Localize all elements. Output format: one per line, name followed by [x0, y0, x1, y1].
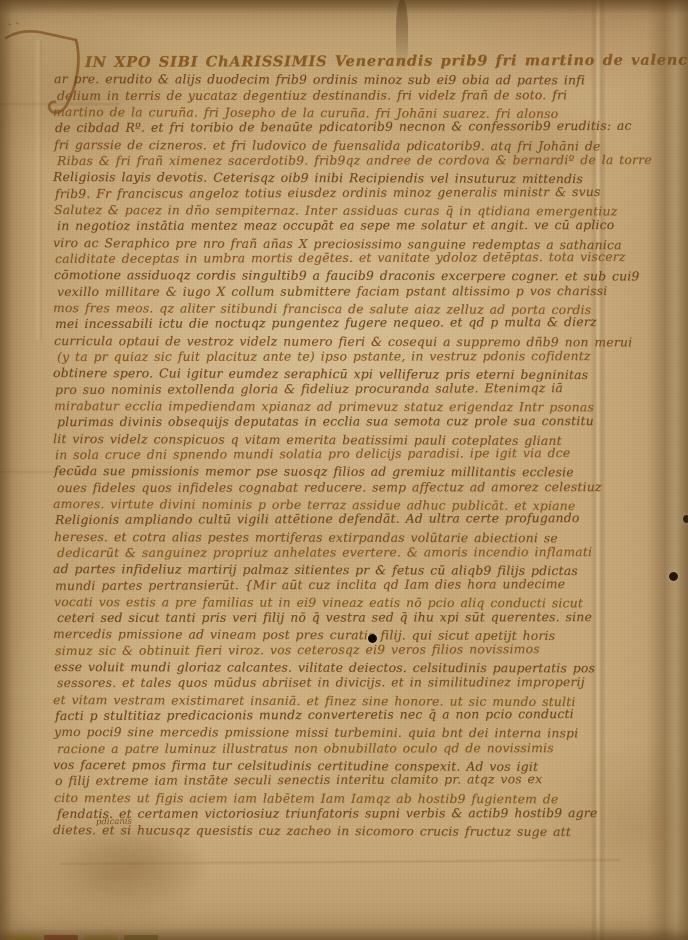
manuscript-line: delium in terris de yucataz degentiuz de…: [57, 87, 673, 104]
wormhole: [683, 515, 688, 523]
manuscript-line: ceteri sed sicut tanti pris veri filij n…: [57, 609, 673, 626]
manuscript-line: in sola cruce dni spnendo mundi solatia …: [55, 445, 671, 464]
manuscript-line: Religionis ampliando cultū vigili attēti…: [55, 510, 671, 529]
manuscript-line: oues fideles quos infideles cognabat red…: [57, 478, 673, 495]
manuscript-line: sessores. et tales quos mūdus abriiset i…: [57, 674, 673, 691]
wormhole: [368, 634, 377, 643]
manuscript-line: facti p stultitiaz predicacionis mundz c…: [55, 706, 671, 725]
manuscript-line: Ribas & fri frañ ximenez sacerdotib9. fr…: [57, 152, 673, 169]
manuscript-line: frib9. Fr franciscus angeloz totius eius…: [55, 183, 671, 202]
manuscript-line: in negotioz instātia mentez meaz occupāt…: [57, 217, 673, 234]
manuscript-line: caliditate deceptas in umbra mortis degē…: [55, 249, 671, 268]
manuscript-line: pro suo nominis extollenda gloria & fide…: [55, 379, 671, 398]
manuscript-line: mei incessabili ictu die noctuqz pungent…: [55, 314, 671, 333]
left-edge-shadow: [0, 0, 12, 940]
interlinear-insertion: pdicanis: [96, 817, 132, 828]
manuscript-line: simuz sic & obtinuit fieri viroz. vos ce…: [55, 640, 671, 659]
manuscript-line: mundi partes pertransierūt. {Mir aūt cuz…: [55, 575, 671, 594]
bottom-edge-shadow: [0, 928, 688, 940]
manuscript-line: fendatis. et certamen victoriosiuz triun…: [57, 805, 673, 822]
wormhole: [669, 572, 678, 581]
manuscript-line: dedicarūt & sanguinez propriuz anhelates…: [57, 544, 673, 561]
manuscript-line: dietes. et si hucusqz quesistis cuz zach…: [53, 822, 669, 841]
manuscript-line: vexillo millitare & iugo X collum submit…: [57, 283, 673, 300]
left-vertical-crease: [34, 40, 42, 340]
manuscript-text-block: IN XPO SIBI ChARISSIMIS Venerandis prib9…: [54, 55, 670, 839]
manuscript-line: o filij extreme iam instāte seculi senec…: [55, 771, 671, 790]
manuscript-line: plurimas divinis obsequijs deputatas in …: [57, 413, 673, 430]
manuscript-line: racione a patre luminuz illustratus non …: [57, 740, 673, 757]
manuscript-line: (y ta pr quiaz sic fuit placituz ante te…: [57, 348, 673, 365]
manuscript-page: IN XPO SIBI ChARISSIMIS Venerandis prib9…: [0, 0, 688, 940]
top-edge-shadow: [0, 0, 688, 14]
manuscript-line: de cibdad Rº. et fri toribio de benaūte …: [55, 118, 671, 137]
manuscript-line: IN XPO SIBI ChARISSIMIS Venerandis prib9…: [55, 53, 671, 72]
